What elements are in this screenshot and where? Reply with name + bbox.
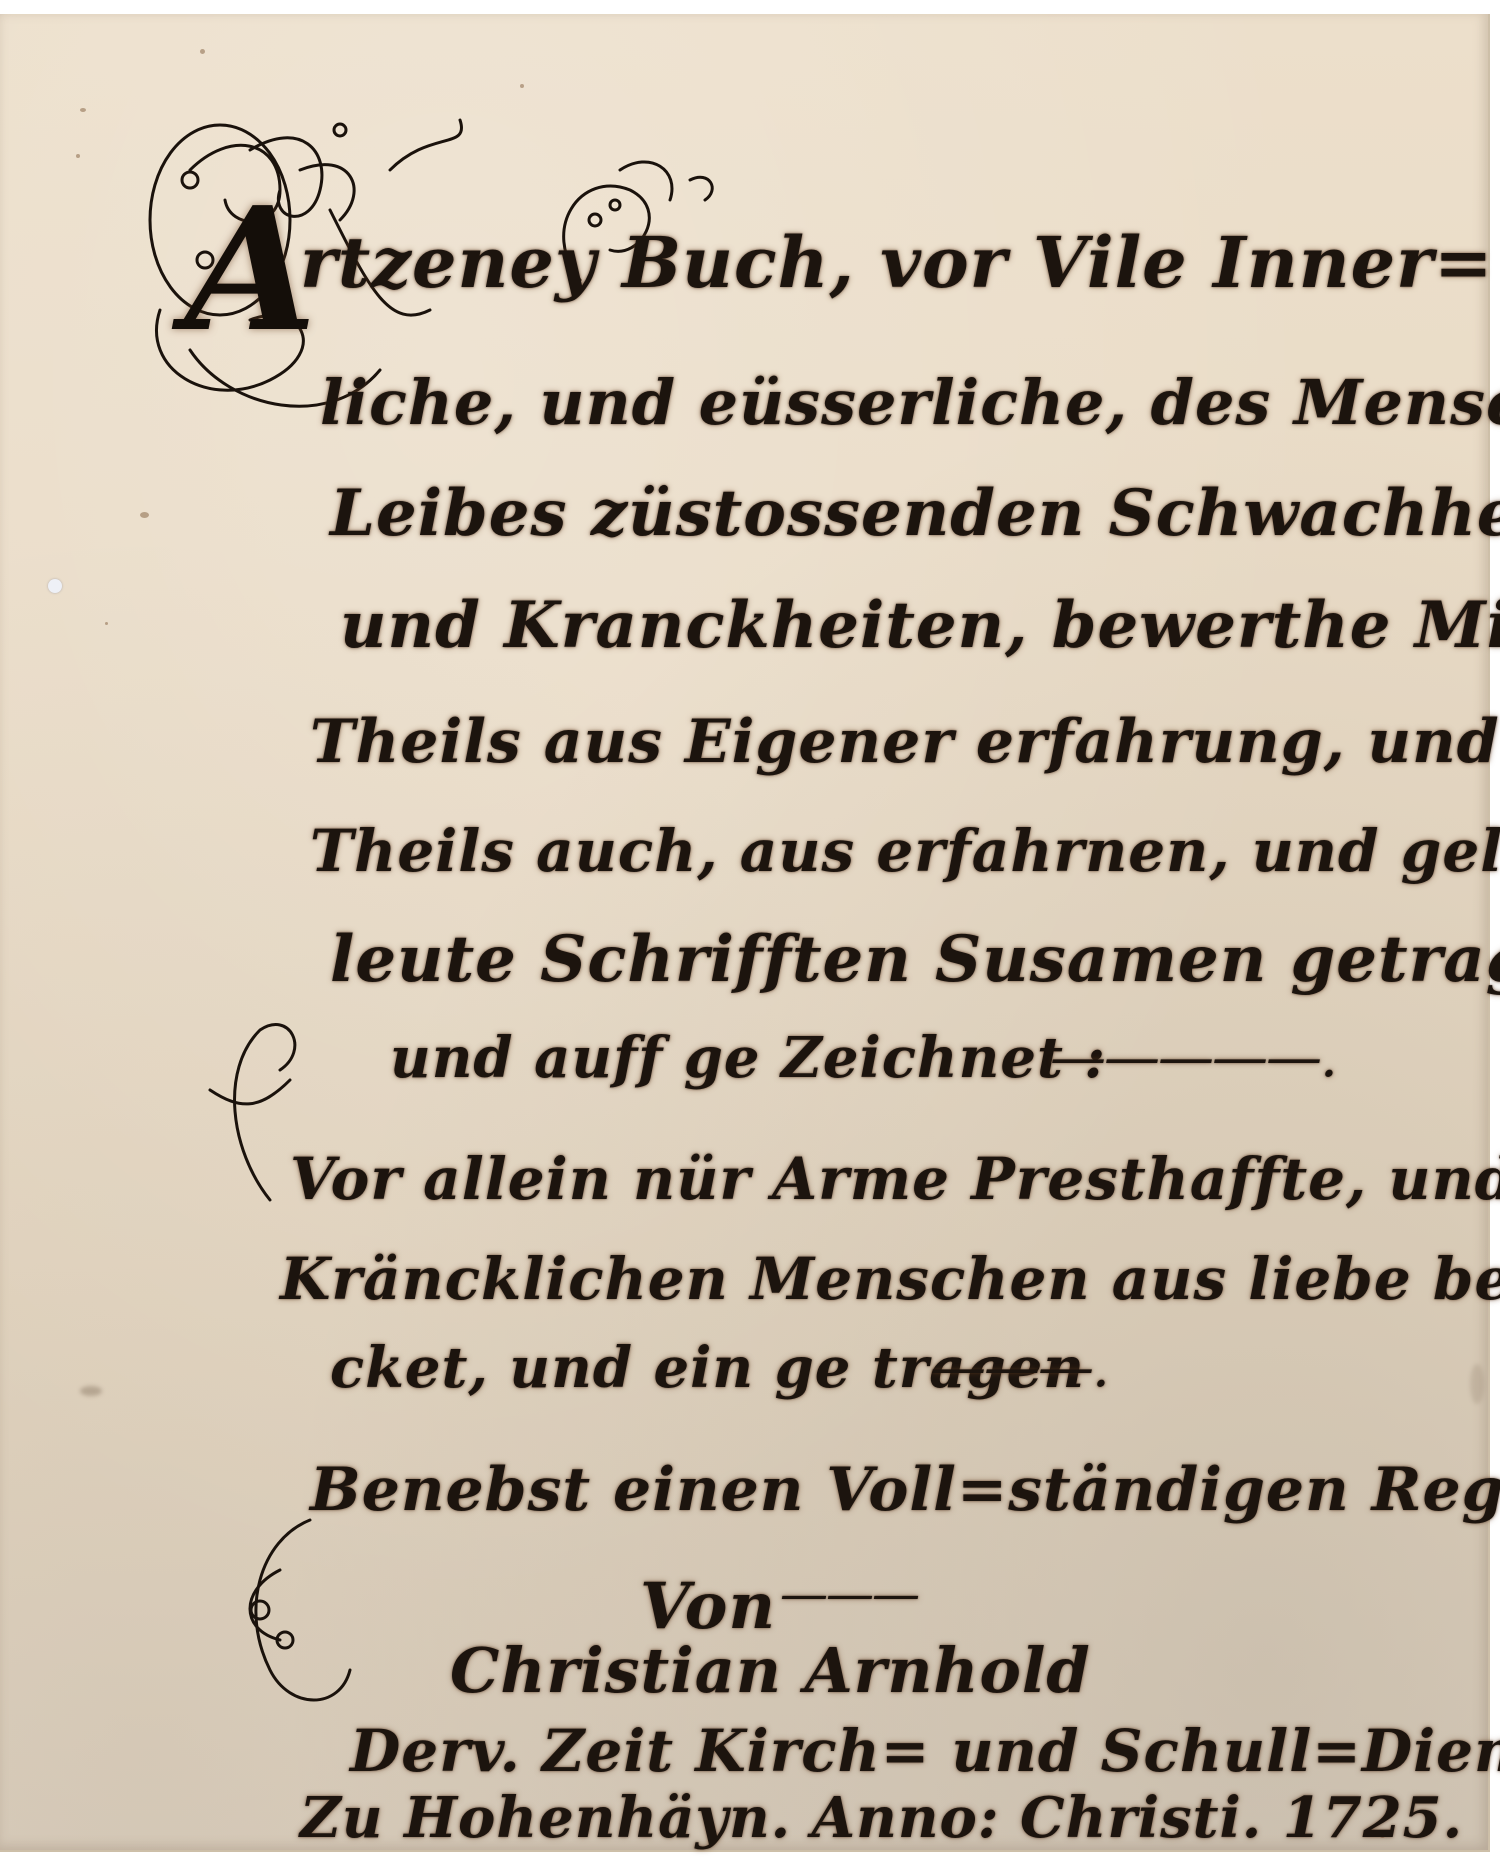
title-line-8: und auff ge Zeichnet : [390,1030,1106,1086]
title-line-10: Kräncklichen Menschen aus liebe bemer= [280,1250,1500,1308]
title-text-block: A rtzeney Buch, vor Vile Inner= liche, u… [0,0,1500,1858]
title-line-7: leute Schrifften Susamen getragen, [330,928,1500,992]
title-line-13-von: Von [640,1575,776,1639]
ornate-initial-letter: A [185,170,317,370]
line-13-trailing-dashes: ——— [780,1570,918,1618]
title-line-14-author: Christian Arnhold [450,1640,1091,1702]
line-11-trailing-dashes: ———. [930,1340,1108,1396]
title-line-2: liche, und eüsserliche, des Menschlichen [320,372,1500,434]
title-line-6: Theils auch, aus erfahrnen, und gelehrte… [310,822,1500,880]
title-line-5: Theils aus Eigener erfahrung, und Probä, [310,712,1500,772]
title-line-3: Leibes züstossenden Schwachheiten [330,482,1500,546]
derv-flourish-icon [220,1510,380,1750]
title-line-9: Vor allein nür Arme Presthaffte, und seh… [290,1150,1500,1208]
title-line-15-role: Derv. Zeit Kirch= und Schull=Diener, [350,1722,1500,1780]
title-line-16-place-date: Zu Hohenhäyn. Anno: Christi. 1725. [300,1790,1463,1846]
line-8-trailing-dashes: —————. [1050,1030,1336,1086]
title-line-12: Benebst einen Voll=ständigen Register, [310,1460,1500,1520]
title-line-1: rtzeney Buch, vor Vile Inner= [300,228,1494,298]
title-line-4: und Kranckheiten, bewerthe Mittel, [340,594,1500,658]
